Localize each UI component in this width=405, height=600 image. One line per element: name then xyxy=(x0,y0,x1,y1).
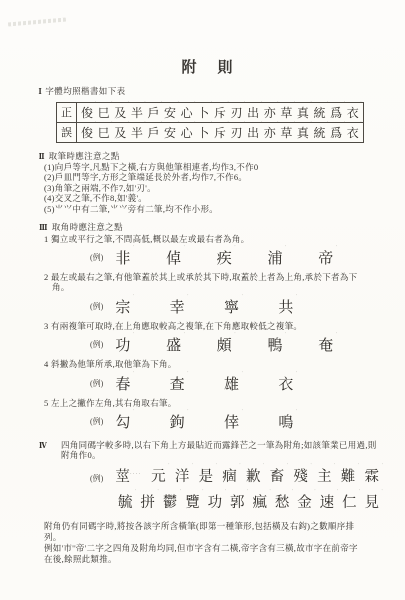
table-character: 安 xyxy=(164,124,176,141)
example-character: 毓 xyxy=(118,491,133,512)
row-label-wrong: 誤 xyxy=(57,123,77,142)
example-characters: 宗幸寧共 xyxy=(115,296,293,317)
rule-line: (2)戶皿門等字,方形之筆端延長於外者,均作7,不作6。 xyxy=(44,172,376,182)
table-character: 衣 xyxy=(347,124,359,141)
example-character: 功 xyxy=(115,334,130,355)
rule-line: (1)向戶等字,凡點下之橫,右方與他筆相連者,均作3,不作0 xyxy=(44,162,376,172)
table-character: 統 xyxy=(314,104,326,121)
table-character: 真 xyxy=(297,104,309,121)
table-character: 衣 xyxy=(347,104,359,121)
example-character: 速 xyxy=(320,491,335,512)
example-character: 鬱 xyxy=(163,491,178,512)
table-character: 安 xyxy=(164,104,176,121)
rule-line: (4)交叉之筆,不作8,如'義'。 xyxy=(44,193,376,203)
section-1-heading-row: Ⅰ 字體均照楷書如下表 xyxy=(38,86,379,97)
rule-line: (5)⺌⺍中有二筆,⺌⺍旁有二筆,均不作小形。 xyxy=(44,204,376,214)
rule-item-3: 3 有兩複筆可取時,在上角應取較高之複筆,在下角應取較低之複筆。 xyxy=(44,321,372,331)
row-label-correct: 正 xyxy=(57,103,77,122)
section-2-heading: 取筆時應注意之點 xyxy=(49,151,120,162)
table-character: 爲 xyxy=(330,124,342,141)
table-character: 心 xyxy=(181,104,193,121)
table-character: 及 xyxy=(114,124,126,141)
example-character: 覽 xyxy=(185,491,200,512)
example-character: 衣 xyxy=(278,373,293,394)
section-1-marker: Ⅰ xyxy=(38,86,42,97)
table-character: 半 xyxy=(131,104,143,121)
table-character: 刃 xyxy=(230,104,242,121)
section-4-example-line-2: 毓拼鬱覽功郭瘋愁金速仁見 xyxy=(118,491,379,512)
footnote: 附角仍有同碼字時,將按各該字所含橫筆(即第一種筆形,包括橫及右鈎)之數順序排列。… xyxy=(44,521,366,565)
table-character: 草 xyxy=(280,124,292,141)
example-character: 難 xyxy=(341,465,356,486)
table-character: 及 xyxy=(114,104,126,121)
example-character: 春 xyxy=(115,373,130,394)
table-character: 巳 xyxy=(98,104,110,121)
example-characters: 勾鉤倖鳴 xyxy=(115,411,293,432)
table-character: 俊 xyxy=(81,124,93,141)
table-character: 亦 xyxy=(264,124,276,141)
example-character: 仁 xyxy=(342,491,357,512)
section-1-heading: 字體均照楷書如下表 xyxy=(45,86,125,97)
example-row-5: (例) 勾鉤倖鳴 xyxy=(90,411,379,432)
example-character: 鴨 xyxy=(268,334,283,355)
example-row-3: (例) 功盛頗鴨奄 xyxy=(90,334,379,355)
scanned-document-page: 附 則 Ⅰ 字體均照楷書如下表 正 俊巳及半戶安心卜斥刃出亦草真統爲衣 誤 俊巳… xyxy=(0,0,405,600)
table-character: 出 xyxy=(247,124,259,141)
example-characters: 春查雄衣 xyxy=(115,373,293,394)
example-character: 倬 xyxy=(166,247,181,268)
example-character-with-code: 莖···· xyxy=(115,465,141,486)
example-row-4: (例) 春查雄衣 xyxy=(90,373,379,394)
section-3-heading-row: Ⅲ 取角時應注意之點 xyxy=(38,222,379,233)
table-row-correct: 正 俊巳及半戶安心卜斥刃出亦草真統爲衣 xyxy=(57,103,363,122)
correct-wrong-forms-table: 正 俊巳及半戶安心卜斥刃出亦草真統爲衣 誤 俊巳及半戶安心卜斥刃出亦草真統爲衣 xyxy=(56,102,364,143)
rule-item-2: 2 最左或最右之筆,有他筆蓋於其上或承於其下時,取蓋於上者為上角,承於下者為下角… xyxy=(44,272,372,293)
example-character: 功 xyxy=(208,491,223,512)
example-character: 共 xyxy=(278,296,293,317)
table-character: 斥 xyxy=(214,104,226,121)
table-character: 戶 xyxy=(147,124,159,141)
section-2-items: (1)向戶等字,凡點下之橫,右方與他筆相連者,均作3,不作0(2)戶皿門等字,方… xyxy=(44,162,379,214)
example-character: 莖 xyxy=(115,469,130,485)
example-character: 鉤 xyxy=(170,411,185,432)
example-character: 浦 xyxy=(268,247,283,268)
table-character: 爲 xyxy=(330,104,342,121)
example-character: 歉 xyxy=(246,465,261,486)
example-character: 主 xyxy=(317,465,332,486)
section-2-marker: Ⅱ xyxy=(39,151,45,162)
rule-item-1: 1 獨立或平行之筆,不問高低,概以最左或最右者為角。 xyxy=(44,234,372,244)
example-character: 帝 xyxy=(318,247,333,268)
table-character: 統 xyxy=(314,124,326,141)
section-4-example-line-1: (例) 莖···· 元洋是痼歉畜殘主難霖 xyxy=(90,465,379,486)
example-character: 宗 xyxy=(115,296,130,317)
example-characters: 元洋是痼歉畜殘主難霖 xyxy=(151,465,379,486)
rule-item-5: 5 左上之撇作左角,其右角取右筆。 xyxy=(44,398,372,408)
rule-item-4: 4 斜撇為他筆所承,取他筆為下角。 xyxy=(44,359,372,369)
table-character: 俊 xyxy=(81,104,93,121)
example-character: 勾 xyxy=(115,411,130,432)
table-character: 刃 xyxy=(230,124,242,141)
example-character: 盛 xyxy=(166,334,181,355)
example-character: 幸 xyxy=(170,296,185,317)
example-character: 倖 xyxy=(224,411,239,432)
table-character: 卜 xyxy=(197,104,209,121)
section-2-heading-row: Ⅱ 取筆時應注意之點 xyxy=(38,151,379,162)
example-label: (例) xyxy=(90,416,103,427)
watermark-smudge xyxy=(8,17,66,26)
table-character: 亦 xyxy=(264,104,276,121)
example-character: 霖 xyxy=(364,465,379,486)
example-character: 金 xyxy=(297,491,312,512)
table-character: 真 xyxy=(297,124,309,141)
example-label: (例) xyxy=(90,252,103,263)
example-label: (例) xyxy=(90,301,103,312)
row-characters-correct: 俊巳及半戶安心卜斥刃出亦草真統爲衣 xyxy=(77,103,363,122)
table-row-wrong: 誤 俊巳及半戶安心卜斥刃出亦草真統爲衣 xyxy=(57,122,363,142)
example-character: 寧 xyxy=(224,296,239,317)
example-character: 郭 xyxy=(230,491,245,512)
page-title: 附 則 xyxy=(38,56,379,77)
section-4-text: 四角同碼字較多時,以右下角上方最貼近而露鋒芒之一筆為附角;如該筆業已用過,則附角… xyxy=(51,440,379,461)
section-3-heading: 取角時應注意之點 xyxy=(52,222,123,233)
row-characters-wrong: 俊巳及半戶安心卜斥刃出亦草真統爲衣 xyxy=(77,123,363,142)
example-character: 瘋 xyxy=(252,491,267,512)
section-3: Ⅲ 取角時應注意之點 1 獨立或平行之筆,不問高低,概以最左或最右者為角。 (例… xyxy=(38,222,379,432)
section-2: Ⅱ 取筆時應注意之點 (1)向戶等字,凡點下之橫,右方與他筆相連者,均作3,不作… xyxy=(38,151,379,215)
footnote-line-1: 附角仍有同碼字時,將按各該字所含橫筆(即第一種筆形,包括橫及右鈎)之數順序排列。 xyxy=(44,521,366,543)
section-4-example: (例) 莖···· 元洋是痼歉畜殘主難霖 毓拼鬱覽功郭瘋愁金速仁見 xyxy=(90,465,379,512)
table-character: 半 xyxy=(131,124,143,141)
example-character: 是 xyxy=(199,465,214,486)
example-character: 頗 xyxy=(217,334,232,355)
example-characters: 功盛頗鴨奄 xyxy=(115,334,333,355)
example-character: 元 xyxy=(151,465,166,486)
example-character: 殘 xyxy=(293,465,308,486)
example-character: 見 xyxy=(364,491,379,512)
example-character: 雄 xyxy=(224,373,239,394)
example-row-2: (例) 宗幸寧共 xyxy=(90,296,379,317)
section-4: Ⅳ 四角同碼字較多時,以右下角上方最貼近而露鋒芒之一筆為附角;如該筆業已用過,則… xyxy=(38,440,379,512)
example-row-1: (例) 非倬疾浦帝 xyxy=(90,247,379,268)
example-character: 愁 xyxy=(275,491,290,512)
example-character: 鳴 xyxy=(278,411,293,432)
section-4-heading-row: Ⅳ 四角同碼字較多時,以右下角上方最貼近而露鋒芒之一筆為附角;如該筆業已用過,則… xyxy=(38,440,379,461)
table-character: 巳 xyxy=(98,124,110,141)
section-3-marker: Ⅲ xyxy=(39,222,48,233)
tiny-code-annotation: ···· xyxy=(130,471,141,477)
example-characters: 非倬疾浦帝 xyxy=(115,247,333,268)
example-character: 查 xyxy=(170,373,185,394)
example-character: 洋 xyxy=(175,465,190,486)
example-character: 疾 xyxy=(217,247,232,268)
table-character: 心 xyxy=(181,124,193,141)
example-character: 畜 xyxy=(270,465,285,486)
table-character: 草 xyxy=(280,104,292,121)
table-character: 戶 xyxy=(147,104,159,121)
example-label: (例) xyxy=(90,473,103,484)
table-character: 斥 xyxy=(214,124,226,141)
footnote-line-2: 例如'市''帝'二字之四角及附角均同,但市字含有二橫,帝字含有三橫,故市字在前帝… xyxy=(44,543,366,565)
section-4-marker: Ⅳ xyxy=(39,440,47,451)
example-character: 奄 xyxy=(318,334,333,355)
example-label: (例) xyxy=(90,378,103,389)
example-character: 痼 xyxy=(222,465,237,486)
table-character: 卜 xyxy=(197,124,209,141)
table-character: 出 xyxy=(247,104,259,121)
example-label: (例) xyxy=(90,339,103,350)
example-character: 拼 xyxy=(140,491,155,512)
rule-line: (3)角筆之兩端,不作7,如'刃'。 xyxy=(44,183,376,193)
example-character: 非 xyxy=(115,247,130,268)
